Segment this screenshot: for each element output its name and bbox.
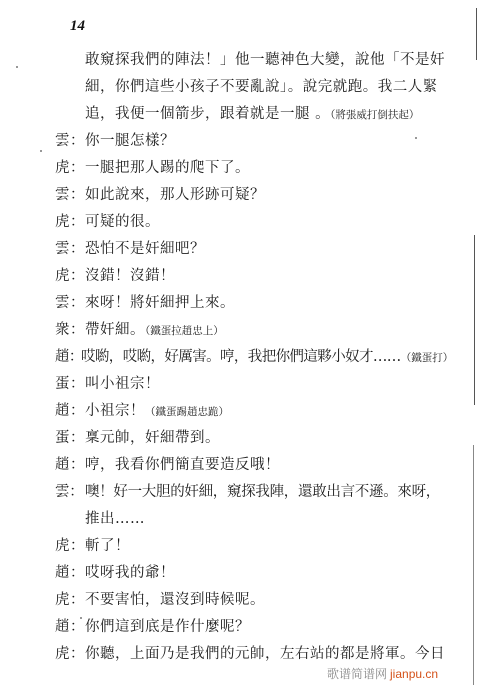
speaker-label: 衆： bbox=[55, 320, 85, 340]
speaker-label: 虎： bbox=[55, 158, 85, 178]
speaker-label: 雲： bbox=[55, 185, 85, 205]
speaker-label: 蛋： bbox=[55, 374, 85, 394]
dialogue-line: 雲：你一腿怎樣？ bbox=[55, 131, 175, 151]
speaker-label: 趙： bbox=[55, 563, 85, 583]
dialogue-text: 斬了！ bbox=[85, 538, 130, 554]
paragraph-text: 追，我便一個箭步，跟着就是一腿 。 bbox=[85, 106, 330, 122]
dialogue-line: 虎：不要害怕，還沒到時候呢。 bbox=[55, 590, 265, 610]
dialogue-text: 來呀！將奸細押上來。 bbox=[85, 295, 235, 311]
dialogue-continuation: 推出…… bbox=[85, 509, 145, 529]
dialogue-text: 你聽，上面乃是我們的元帥，左右站的都是將軍。今日 bbox=[85, 646, 445, 662]
scan-edge-line bbox=[476, 8, 477, 60]
paragraph-line: 追，我便一個箭步，跟着就是一腿 。（將張威打倒扶起） bbox=[85, 104, 419, 125]
dialogue-text: 哎呀我的爺！ bbox=[85, 565, 175, 581]
scan-speck bbox=[415, 137, 417, 139]
stage-direction: （鐵蛋踢趙忠跪） bbox=[145, 406, 229, 418]
dialogue-line: 趙：你們這到底是作什麼呢？ bbox=[55, 617, 250, 637]
stage-direction: （將張威打倒扶起） bbox=[330, 109, 419, 121]
dialogue-text: 推出…… bbox=[85, 511, 145, 527]
speaker-label: 虎： bbox=[55, 644, 85, 664]
page-number: 14 bbox=[70, 18, 85, 35]
dialogue-text: 恐怕不是奸細吧？ bbox=[85, 241, 205, 257]
watermark-url: jianpu.cn bbox=[390, 667, 438, 681]
scan-speck bbox=[40, 150, 42, 152]
dialogue-line: 蛋：稟元帥，奸細帶到。 bbox=[55, 428, 220, 448]
speaker-label: 雲： bbox=[55, 482, 85, 502]
stage-direction: （鐵蛋拉趙忠上） bbox=[145, 325, 224, 337]
dialogue-text: 一腿把那人踢的爬下了。 bbox=[85, 160, 250, 176]
dialogue-text: 哼，我看你們簡直要造反哦！ bbox=[85, 457, 280, 473]
scan-edge-line bbox=[473, 445, 474, 685]
dialogue-line: 虎：斬了！ bbox=[55, 536, 130, 556]
paragraph-line: 敢窺探我們的陣法！」他一聽神色大變，說他「不是奸 bbox=[85, 50, 445, 70]
scan-speck bbox=[16, 66, 18, 68]
dialogue-text: 帶奸細。 bbox=[85, 322, 145, 338]
dialogue-line: 雲：如此說來，那人形跡可疑？ bbox=[55, 185, 265, 205]
speaker-label: 虎： bbox=[55, 590, 85, 610]
watermark: 歌谱简谱网jianpu.cn bbox=[327, 665, 438, 682]
dialogue-line: 虎：一腿把那人踢的爬下了。 bbox=[55, 158, 250, 178]
dialogue-text: 叫小祖宗！ bbox=[85, 376, 160, 392]
scan-speck bbox=[80, 617, 82, 619]
stage-direction: （鐵蛋打） bbox=[401, 352, 454, 364]
speaker-label: 蛋： bbox=[55, 428, 85, 448]
speaker-label: 虎： bbox=[55, 266, 85, 286]
scan-edge-line bbox=[474, 235, 475, 405]
dialogue-text: 如此說來，那人形跡可疑？ bbox=[85, 187, 265, 203]
paragraph-line: 細，你們這些小孩子不要亂說」。說完就跑。我二人緊 bbox=[85, 77, 438, 97]
dialogue-line: 趙：哼，我看你們簡直要造反哦！ bbox=[55, 455, 280, 475]
dialogue-line: 雲：來呀！將奸細押上來。 bbox=[55, 293, 235, 313]
dialogue-line: 虎：你聽，上面乃是我們的元帥，左右站的都是將軍。今日 bbox=[55, 644, 445, 664]
dialogue-line: 雲：恐怕不是奸細吧？ bbox=[55, 239, 205, 259]
dialogue-line: 虎：沒錯！沒錯！ bbox=[55, 266, 175, 286]
dialogue-text: 你一腿怎樣？ bbox=[85, 133, 175, 149]
dialogue-line: 雲：噢！好一大胆的奸細，窺探我陣，還敢出言不遜。來呀， bbox=[55, 482, 440, 502]
dialogue-text: 可疑的很。 bbox=[85, 214, 160, 230]
watermark-site-name: 歌谱简谱网 bbox=[327, 667, 387, 681]
speaker-label: 雲： bbox=[55, 131, 85, 151]
speaker-label: 趙： bbox=[55, 347, 81, 367]
dialogue-line: 趙：哎呀我的爺！ bbox=[55, 563, 175, 583]
dialogue-line: 虎：可疑的很。 bbox=[55, 212, 160, 232]
speaker-label: 虎： bbox=[55, 536, 85, 556]
dialogue-text: 哎喲，哎喲，好厲害。哼，我把你們這夥小奴才…… bbox=[81, 349, 401, 365]
dialogue-line: 趙：哎喲，哎喲，好厲害。哼，我把你們這夥小奴才……（鐵蛋打） bbox=[55, 347, 453, 368]
speaker-label: 雲： bbox=[55, 239, 85, 259]
dialogue-text: 你們這到底是作什麼呢？ bbox=[85, 619, 250, 635]
dialogue-text: 小祖宗！ bbox=[85, 403, 145, 419]
dialogue-line: 趙：小祖宗！（鐵蛋踢趙忠跪） bbox=[55, 401, 229, 422]
dialogue-line: 蛋：叫小祖宗！ bbox=[55, 374, 160, 394]
dialogue-line: 衆：帶奸細。（鐵蛋拉趙忠上） bbox=[55, 320, 224, 341]
speaker-label: 雲： bbox=[55, 293, 85, 313]
dialogue-text: 稟元帥，奸細帶到。 bbox=[85, 430, 220, 446]
dialogue-text: 噢！好一大胆的奸細，窺探我陣，還敢出言不遜。來呀， bbox=[85, 484, 440, 500]
speaker-label: 虎： bbox=[55, 212, 85, 232]
dialogue-text: 不要害怕，還沒到時候呢。 bbox=[85, 592, 265, 608]
speaker-label: 趙： bbox=[55, 617, 85, 637]
speaker-label: 趙： bbox=[55, 401, 85, 421]
speaker-label: 趙： bbox=[55, 455, 85, 475]
dialogue-text: 沒錯！沒錯！ bbox=[85, 268, 175, 284]
